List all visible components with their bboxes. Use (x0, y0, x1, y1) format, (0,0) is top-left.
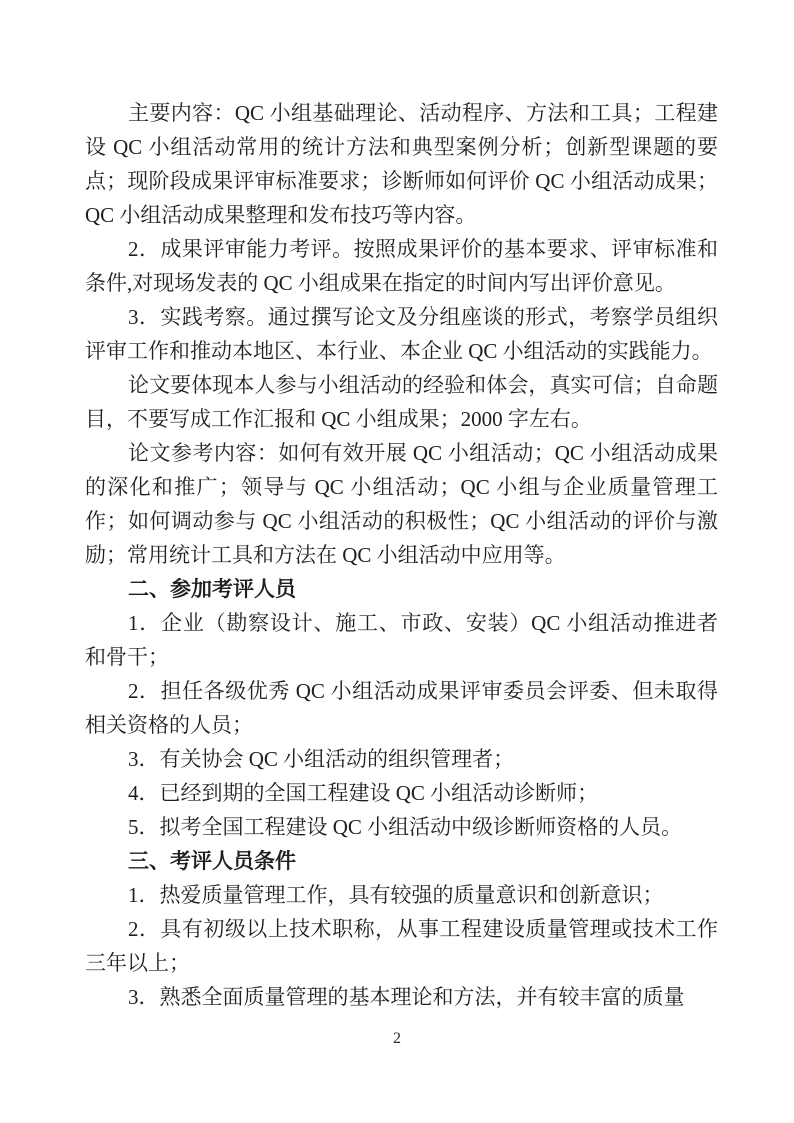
list-item-qualification-3: 3．熟悉全面质量管理的基本理论和方法，并有较丰富的质量 (85, 980, 718, 1014)
list-item-participants-4: 4．已经到期的全国工程建设 QC 小组活动诊断师； (85, 776, 718, 810)
paragraph-exam-main-content: 主要内容：QC 小组基础理论、活动程序、方法和工具；工程建设 QC 小组活动常用… (85, 96, 718, 232)
list-item-participants-2: 2．担任各级优秀 QC 小组活动成果评审委员会评委、但未取得相关资格的人员； (85, 674, 718, 742)
document-body: 主要内容：QC 小组基础理论、活动程序、方法和工具；工程建设 QC 小组活动常用… (85, 96, 718, 1014)
list-item-participants-5: 5．拟考全国工程建设 QC 小组活动中级诊断师资格的人员。 (85, 810, 718, 844)
paragraph-thesis-reference-topics: 论文参考内容：如何有效开展 QC 小组活动；QC 小组活动成果的深化和推广；领导… (85, 436, 718, 572)
page-number: 2 (393, 1030, 401, 1047)
list-item-achievement-review-assessment: 2．成果评审能力考评。按照成果评价的基本要求、评审标准和条件,对现场发表的 QC… (85, 232, 718, 300)
list-item-practice-inspection: 3．实践考察。通过撰写论文及分组座谈的形式，考察学员组织评审工作和推动本地区、本… (85, 300, 718, 368)
page-footer: 2 (0, 1029, 794, 1049)
list-item-qualification-1: 1．热爱质量管理工作，具有较强的质量意识和创新意识； (85, 878, 718, 912)
document-page: 主要内容：QC 小组基础理论、活动程序、方法和工具；工程建设 QC 小组活动常用… (0, 0, 794, 1123)
list-item-participants-1: 1．企业（勘察设计、施工、市政、安装）QC 小组活动推进者和骨干； (85, 606, 718, 674)
heading-section-2-participants: 二、参加考评人员 (85, 572, 718, 606)
paragraph-thesis-requirements: 论文要体现本人参与小组活动的经验和体会，真实可信；自命题目，不要写成工作汇报和 … (85, 368, 718, 436)
list-item-qualification-2: 2．具有初级以上技术职称，从事工程建设质量管理或技术工作三年以上； (85, 912, 718, 980)
list-item-participants-3: 3．有关协会 QC 小组活动的组织管理者； (85, 742, 718, 776)
heading-section-3-qualifications: 三、考评人员条件 (85, 844, 718, 878)
